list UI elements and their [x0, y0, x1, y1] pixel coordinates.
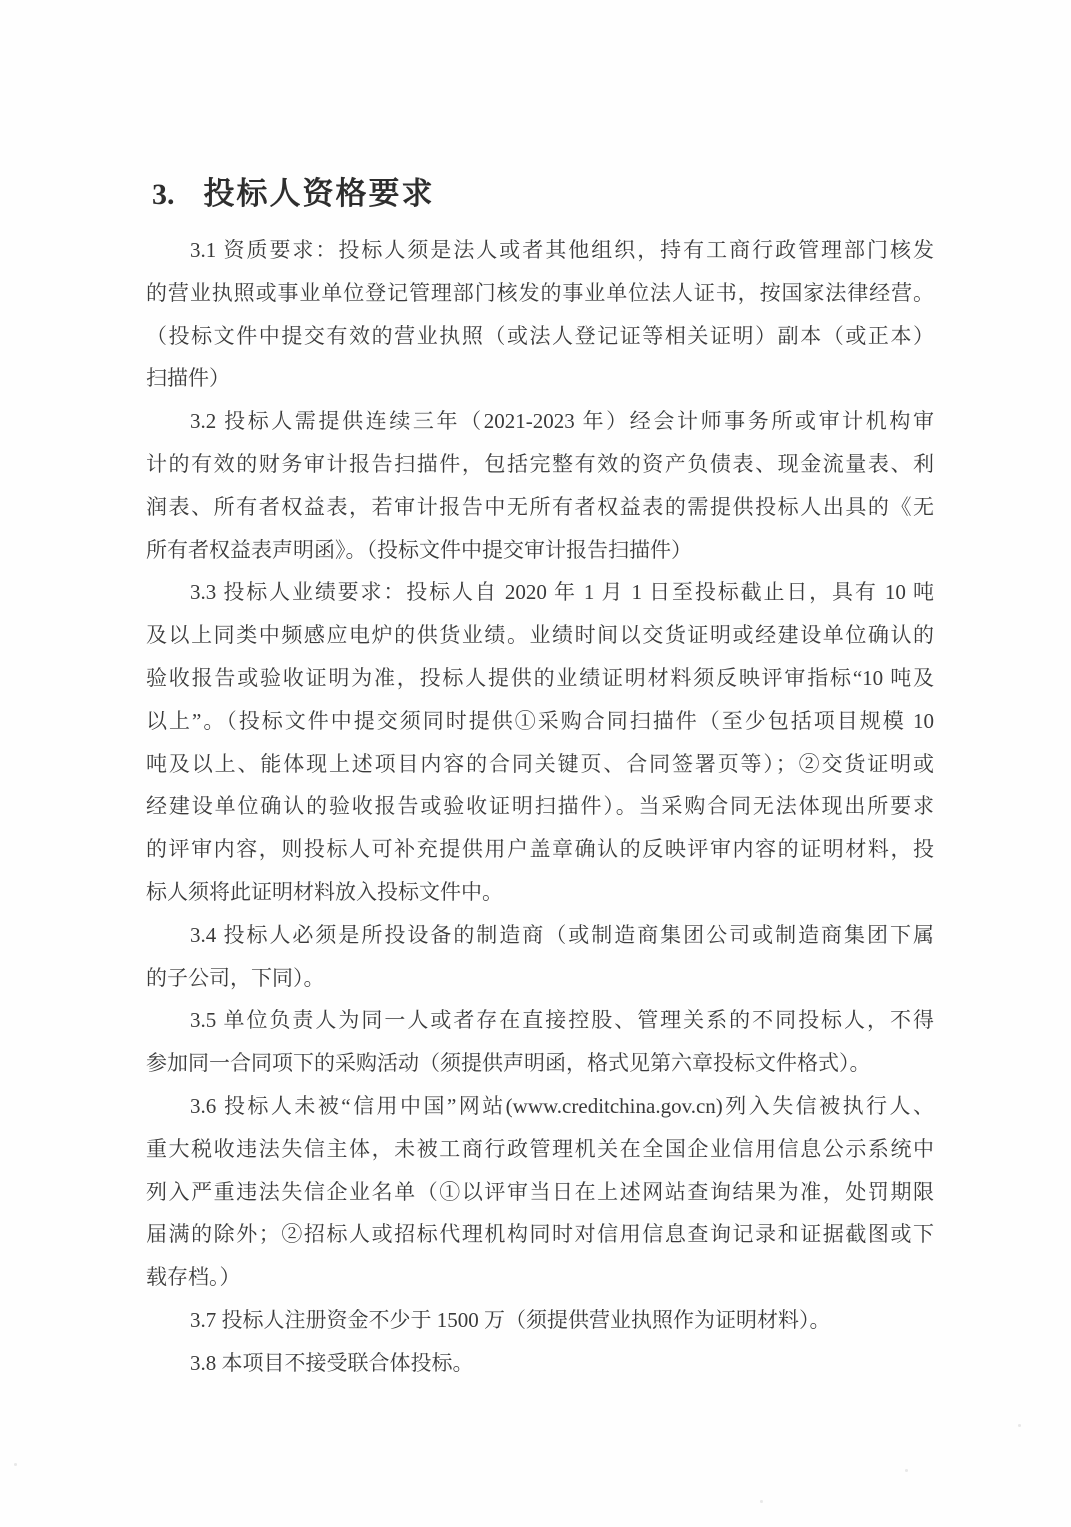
scan-noise-speck	[905, 1469, 908, 1472]
text-line: 3.4 投标人必须是所投设备的制造商（或制造商集团公司或制造商集团下属	[146, 914, 934, 957]
section-title: 投标人资格要求	[204, 168, 435, 213]
text-line: 列入严重违法失信企业名单（①以评审当日在上述网站查询结果为准，处罚期限	[146, 1171, 934, 1214]
text-line: 3.2 投标人需提供连续三年（2021-2023 年）经会计师事务所或审计机构审	[146, 400, 934, 443]
text-line: 及以上同类中频感应电炉的供货业绩。业绩时间以交货证明或经建设单位确认的	[146, 614, 934, 657]
text-line: 3.3 投标人业绩要求：投标人自 2020 年 1 月 1 日至投标截止日，具有…	[146, 571, 934, 614]
text-line: 所有者权益表声明函》。（投标文件中提交审计报告扫描件）	[146, 529, 934, 572]
text-line: 计的有效的财务审计报告扫描件，包括完整有效的资产负债表、现金流量表、利	[146, 443, 934, 486]
paragraph-3-6: 3.6 投标人未被“信用中国”网站(www.creditchina.gov.cn…	[146, 1085, 934, 1299]
text-line: 扫描件）	[146, 357, 934, 400]
text-line: （投标文件中提交有效的营业执照（或法人登记证等相关证明）副本（或正本）	[146, 315, 934, 358]
paragraph-3-5: 3.5 单位负责人为同一人或者存在直接控股、管理关系的不同投标人，不得 参加同一…	[146, 999, 934, 1085]
paragraph-3-7: 3.7 投标人注册资金不少于 1500 万（须提供营业执照作为证明材料）。	[146, 1299, 934, 1342]
scan-noise-speck	[14, 1463, 17, 1466]
text-line: 标人须将此证明材料放入投标文件中。	[146, 871, 934, 914]
text-line: 的子公司，下同）。	[146, 957, 934, 1000]
scan-noise-speck	[760, 1500, 763, 1503]
section-heading: 3. 投标人资格要求	[152, 168, 934, 213]
document-content: 3. 投标人资格要求 3.1 资质要求：投标人须是法人或者其他组织，持有工商行政…	[146, 168, 934, 1385]
text-line: 的营业执照或事业单位登记管理部门核发的事业单位法人证书，按国家法律经营。	[146, 272, 934, 315]
text-line: 润表、所有者权益表，若审计报告中无所有者权益表的需提供投标人出具的《无	[146, 486, 934, 529]
scan-noise-speck	[1018, 1424, 1021, 1427]
text-line: 重大税收违法失信主体，未被工商行政管理机关在全国企业信用信息公示系统中	[146, 1128, 934, 1171]
text-line: 验收报告或验收证明为准，投标人提供的业绩证明材料须反映评审指标“10 吨及	[146, 657, 934, 700]
paragraph-3-1: 3.1 资质要求：投标人须是法人或者其他组织，持有工商行政管理部门核发 的营业执…	[146, 229, 934, 400]
section-number: 3.	[152, 178, 175, 212]
text-line: 以上”。（投标文件中提交须同时提供①采购合同扫描件（至少包括项目规模 10	[146, 700, 934, 743]
paragraph-3-4: 3.4 投标人必须是所投设备的制造商（或制造商集团公司或制造商集团下属 的子公司…	[146, 914, 934, 1000]
paragraph-3-3: 3.3 投标人业绩要求：投标人自 2020 年 1 月 1 日至投标截止日，具有…	[146, 571, 934, 913]
paragraph-3-2: 3.2 投标人需提供连续三年（2021-2023 年）经会计师事务所或审计机构审…	[146, 400, 934, 571]
text-line: 经建设单位确认的验收报告或验收证明扫描件）。当采购合同无法体现出所要求	[146, 785, 934, 828]
text-line: 的评审内容，则投标人可补充提供用户盖章确认的反映评审内容的证明材料，投	[146, 828, 934, 871]
text-line: 3.1 资质要求：投标人须是法人或者其他组织，持有工商行政管理部门核发	[146, 229, 934, 272]
paragraph-3-8: 3.8 本项目不接受联合体投标。	[146, 1342, 934, 1385]
text-line: 载存档。）	[146, 1256, 934, 1299]
text-line: 参加同一合同项下的采购活动（须提供声明函，格式见第六章投标文件格式）。	[146, 1042, 934, 1085]
document-body: 3.1 资质要求：投标人须是法人或者其他组织，持有工商行政管理部门核发 的营业执…	[146, 229, 934, 1385]
text-line: 3.6 投标人未被“信用中国”网站(www.creditchina.gov.cn…	[146, 1085, 934, 1128]
scanned-document-page: 3. 投标人资格要求 3.1 资质要求：投标人须是法人或者其他组织，持有工商行政…	[0, 0, 1071, 1527]
text-line: 3.5 单位负责人为同一人或者存在直接控股、管理关系的不同投标人，不得	[146, 999, 934, 1042]
text-line: 3.7 投标人注册资金不少于 1500 万（须提供营业执照作为证明材料）。	[146, 1299, 934, 1342]
text-line: 吨及以上、能体现上述项目内容的合同关键页、合同签署页等）；②交货证明或	[146, 743, 934, 786]
text-line: 3.8 本项目不接受联合体投标。	[146, 1342, 934, 1385]
text-line: 届满的除外；②招标人或招标代理机构同时对信用信息查询记录和证据截图或下	[146, 1213, 934, 1256]
